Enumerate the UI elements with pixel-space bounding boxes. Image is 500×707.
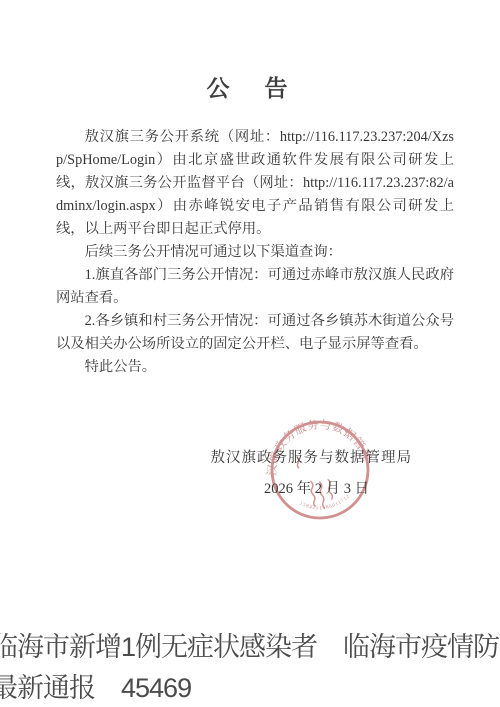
caption-line-2: 最新通报 45469 [0,670,500,706]
seal-arc-text: 敖汉旗政务服务与数据管理局 [251,401,374,480]
news-caption: 临海市新增1例无症状感染者 临海市疫情防控 最新通报 45469 [0,629,500,706]
notice-paragraph: 敖汉旗三务公开系统（网址：http://116.117.23.237:204/X… [56,126,454,241]
agency-signature: 敖汉旗政务服务与数据管理局 [211,446,413,467]
notice-paragraph: 1.旗直各部门三务公开情况：可通过赤峰市敖汉旗人民政府网站查看。 [56,264,454,310]
notice-paragraph: 后续三务公开情况可通过以下渠道查询： [56,241,454,264]
caption-line-1: 临海市新增1例无症状感染者 临海市疫情防控 [0,629,500,665]
official-seal-stamp-icon: 敖汉旗政务服务与数据管理局 1584251686011712 [251,401,388,538]
notice-paragraph: 2.各乡镇和村三务公开情况：可通过各乡镇苏木街道公众号以及相关办公场所设立的固定… [56,310,454,356]
notice-date: 2026 年 2 月 3 日 [264,477,369,498]
notice-paragraph: 特此公告。 [56,356,454,379]
notice-body: 敖汉旗三务公开系统（网址：http://116.117.23.237:204/X… [56,126,454,379]
announcement-page: 公 告 敖汉旗三务公开系统（网址：http://116.117.23.237:2… [0,0,500,707]
notice-title: 公 告 [0,70,500,103]
